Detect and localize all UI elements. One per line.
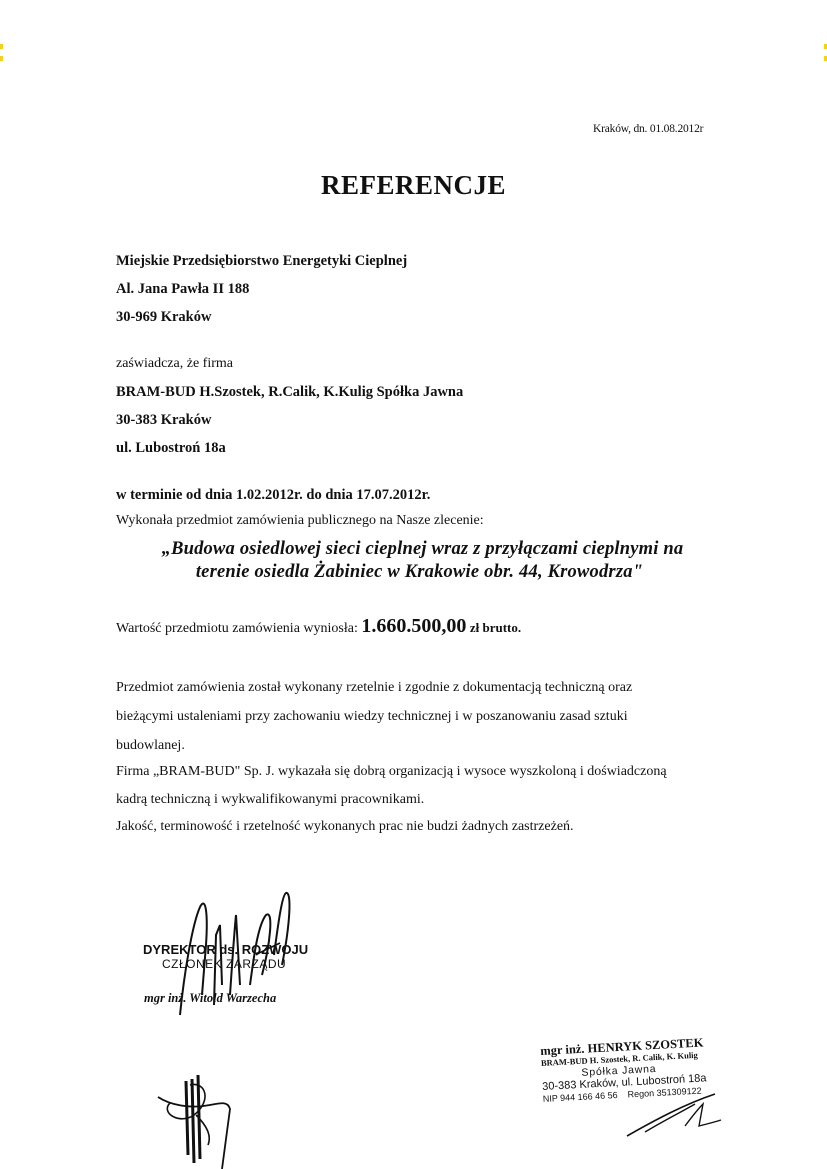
project-title-line-1: „Budowa osiedlowej sieci cieplnej wraz z…	[0, 538, 827, 560]
stamp-nip: NIP 944 166 46 56	[543, 1090, 618, 1104]
issuer-city: 30-969 Kraków	[116, 309, 211, 326]
contractor-name: BRAM-BUD H.Szostek, R.Calik, K.Kulig Spó…	[116, 384, 463, 401]
body-line: Przedmiot zamówienia został wykonany rze…	[116, 680, 632, 696]
contract-value: Wartość przedmiotu zamówienia wyniosła: …	[116, 615, 521, 638]
scan-mark	[0, 44, 3, 49]
handwritten-signature-icon	[170, 885, 310, 1025]
scan-mark	[0, 56, 3, 61]
issuer-street: Al. Jana Pawła II 188	[116, 281, 249, 298]
value-label: Wartość przedmiotu zamówienia wyniosła:	[116, 621, 358, 636]
body-line: Firma „BRAM-BUD" Sp. J. wykazała się dob…	[116, 764, 667, 780]
body-line: bieżącymi ustaleniami przy zachowaniu wi…	[116, 709, 628, 725]
value-suffix: zł brutto.	[470, 620, 521, 635]
contractor-street: ul. Lubostroń 18a	[116, 440, 226, 457]
value-amount: 1.660.500,00	[361, 615, 466, 637]
body-line: budowlanej.	[116, 738, 185, 754]
performed-text: Wykonała przedmiot zamówienia publiczneg…	[116, 513, 484, 529]
body-line: Jakość, terminowość i rzetelność wykonan…	[116, 819, 574, 835]
contract-term: w terminie od dnia 1.02.2012r. do dnia 1…	[116, 487, 430, 504]
project-title-line-2: terenie osiedla Żabiniec w Krakowie obr.…	[0, 561, 827, 583]
issuer-name: Miejskie Przedsiębiorstwo Energetyki Cie…	[116, 253, 407, 270]
document-title: REFERENCJE	[0, 170, 827, 201]
contractor-city: 30-383 Kraków	[116, 412, 211, 429]
place-date: Kraków, dn. 01.08.2012r	[593, 123, 703, 135]
contractor-signature-icon	[625, 1090, 735, 1140]
certifies-text: zaświadcza, że firma	[116, 356, 233, 372]
body-line: kadrą techniczną i wykwalifikowanymi pra…	[116, 792, 424, 808]
initials-signature-icon	[150, 1075, 250, 1169]
